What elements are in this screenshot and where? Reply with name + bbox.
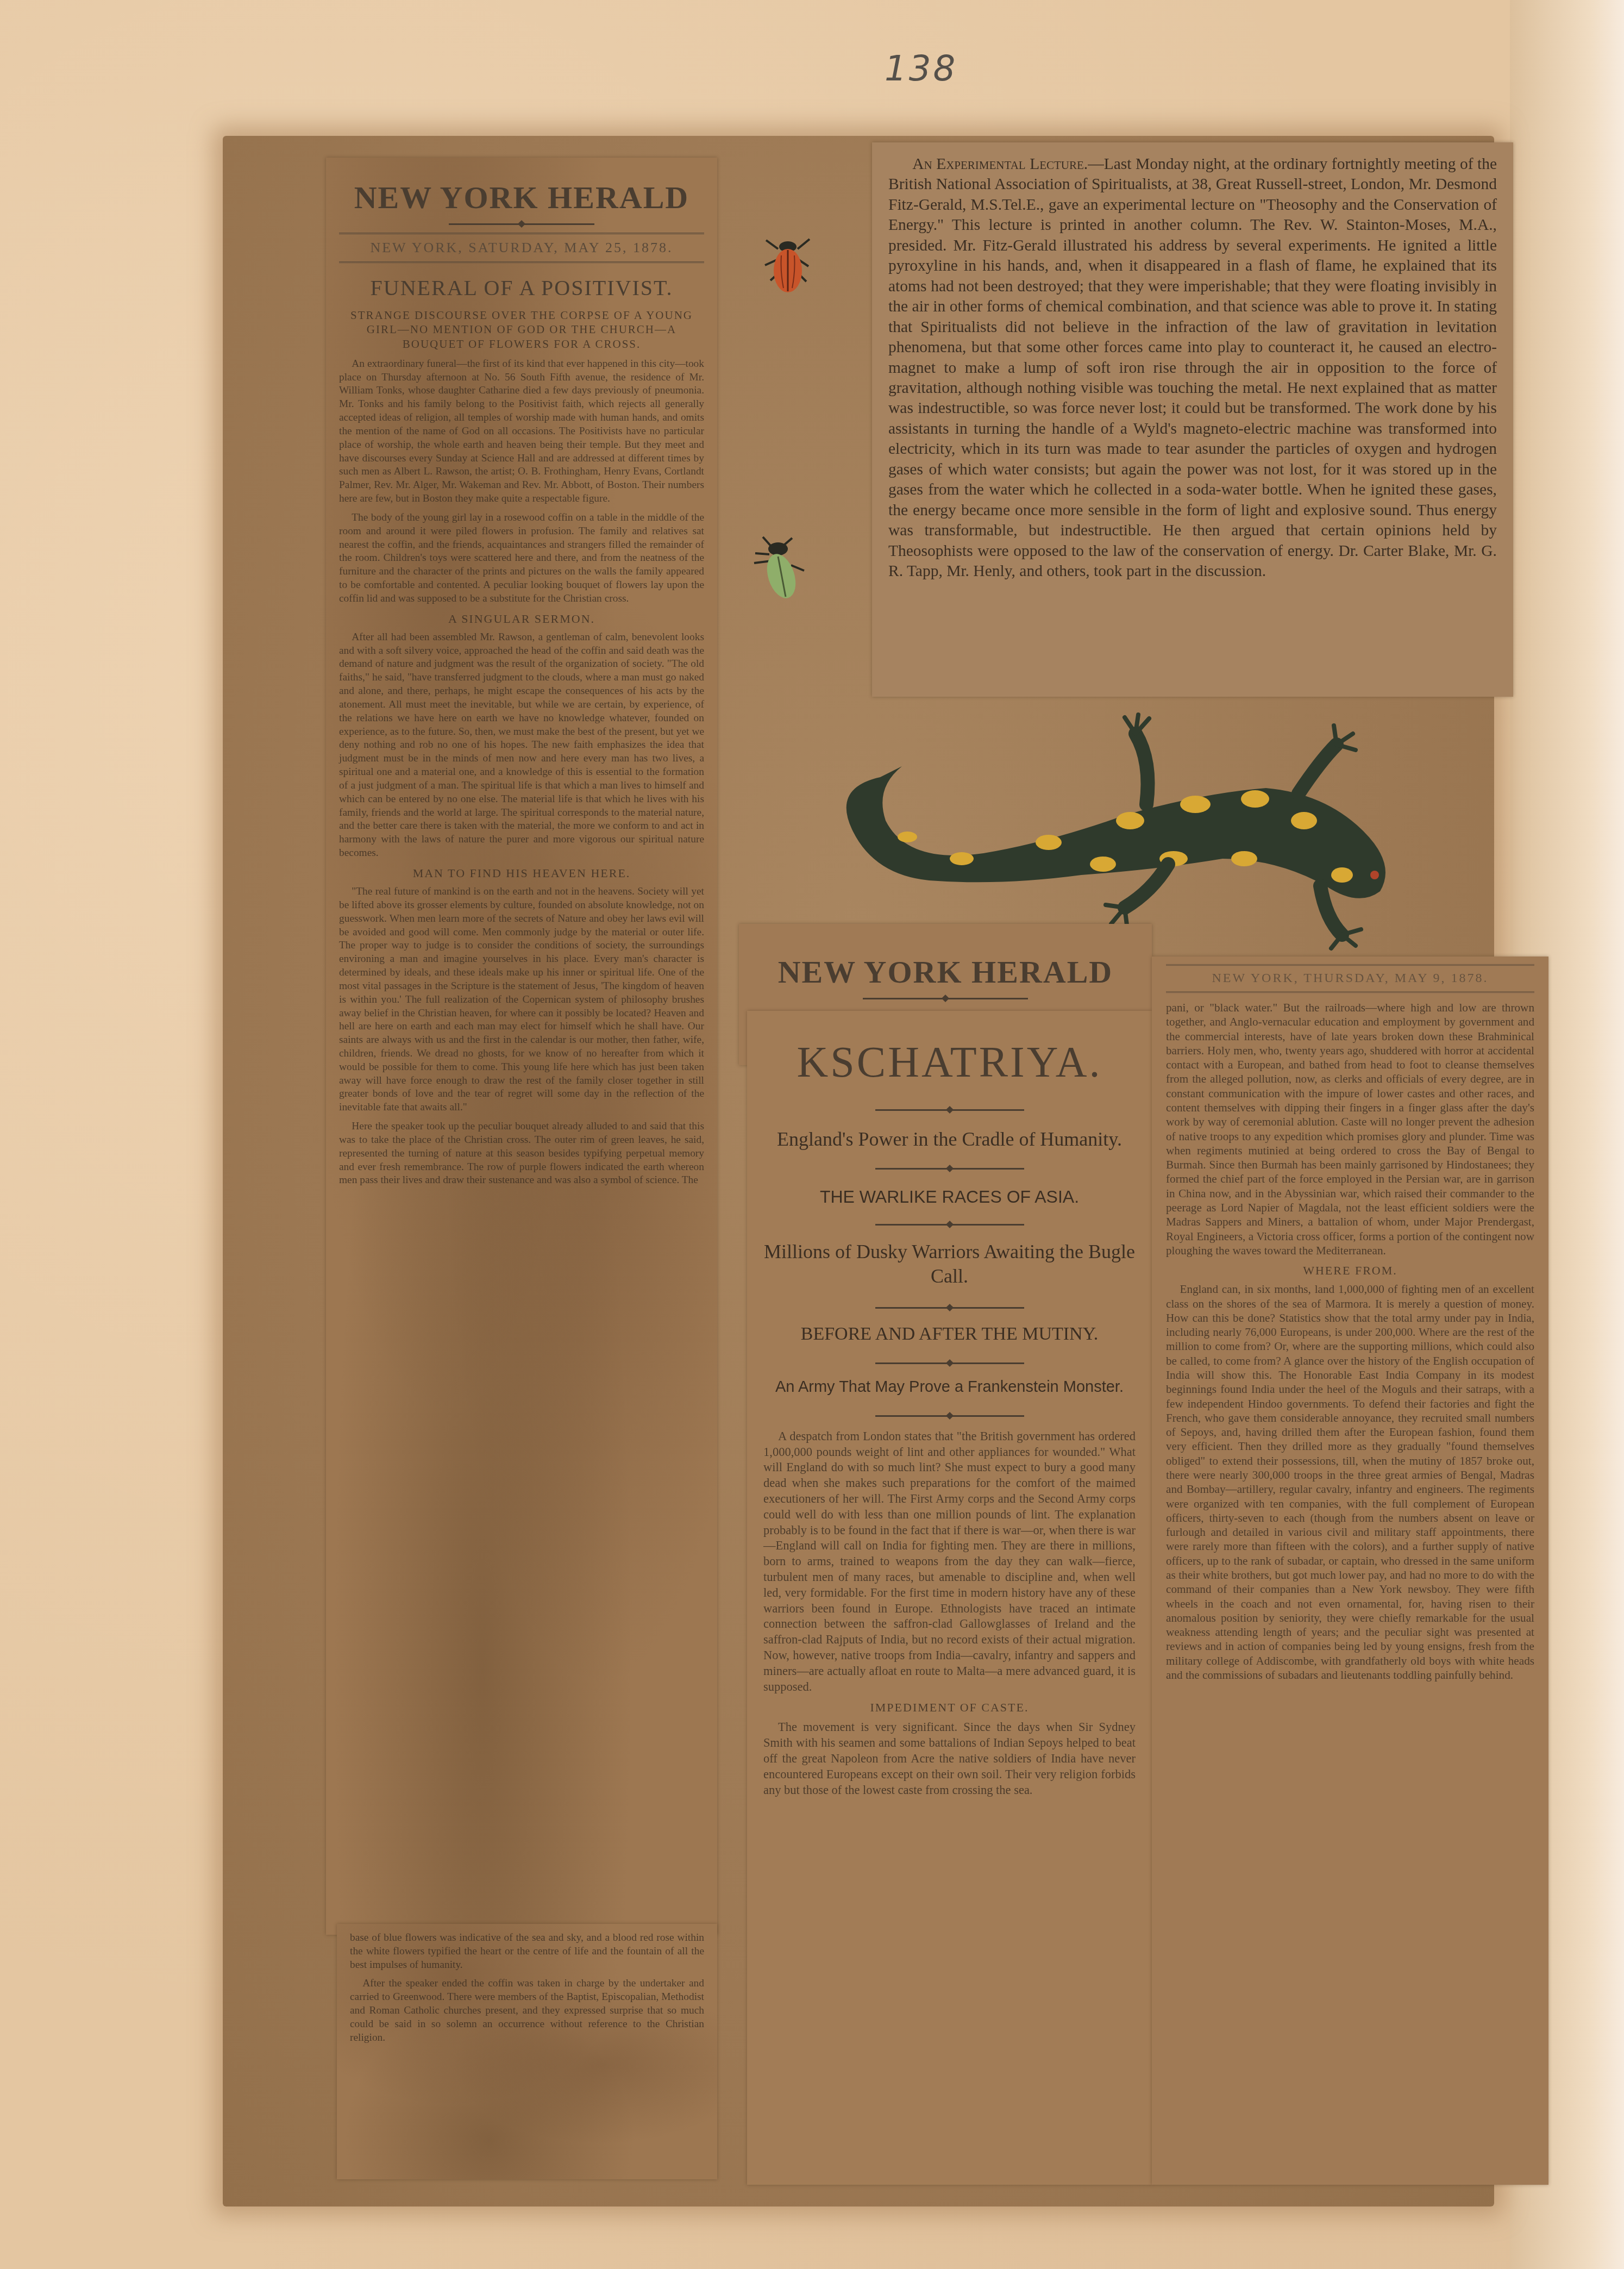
paragraph: Here the speaker took up the peculiar bo… [339, 1120, 704, 1187]
paragraph: The body of the young girl lay in a rose… [339, 511, 704, 606]
masthead: NEW YORK HERALD [339, 179, 704, 216]
paragraph: base of blue flowers was indicative of t… [350, 1932, 704, 1972]
deck: THE WARLIKE RACES OF ASIA. [763, 1186, 1136, 1208]
subhead: A SINGULAR SERMON. [339, 611, 704, 627]
paragraph: After the speaker ended the coffin was t… [350, 1977, 704, 2045]
ornamental-rule [875, 1362, 1024, 1364]
article-body: A despatch from London states that "the … [763, 1429, 1136, 1798]
deck: England's Power in the Cradle of Humanit… [763, 1127, 1136, 1152]
subhead: MAN TO FIND HIS HEAVEN HERE. [339, 866, 704, 881]
ornamental-rule [863, 998, 1028, 999]
article-body: An Experimental Lecture.—Last Monday nig… [888, 154, 1497, 582]
ornamental-rule [875, 1224, 1024, 1226]
headline: FUNERAL OF A POSITIVIST. [339, 275, 704, 301]
ornamental-rule [449, 223, 595, 225]
clipping-lecture: An Experimental Lecture.—Last Monday nig… [872, 142, 1513, 697]
paragraph: After all had been assembled Mr. Rawson,… [339, 631, 704, 860]
article-body: base of blue flowers was indicative of t… [350, 1932, 704, 2045]
dateline: NEW YORK, THURSDAY, MAY 9, 1878. [1166, 964, 1534, 993]
dateline: NEW YORK, SATURDAY, MAY 25, 1878. [339, 233, 704, 263]
ornamental-rule [875, 1109, 1024, 1111]
paragraph: An extraordinary funeral—the first of it… [339, 358, 704, 506]
lecture-text: —Last Monday night, at the ordinary fort… [888, 155, 1497, 580]
paragraph: The movement is very significant. Since … [763, 1720, 1136, 1798]
deck: STRANGE DISCOURSE OVER THE CORPSE OF A Y… [343, 308, 700, 351]
salamander-icon [820, 712, 1418, 951]
green-beetle-icon [750, 533, 810, 603]
paragraph: pani, or "black water." But the railroad… [1166, 1001, 1534, 1258]
deck: BEFORE AND AFTER THE MUTINY. [763, 1323, 1136, 1346]
ornamental-rule [875, 1307, 1024, 1309]
ornamental-rule [875, 1168, 1024, 1170]
clipping-funeral: NEW YORK HERALD NEW YORK, SATURDAY, MAY … [326, 158, 717, 1935]
subhead: IMPEDIMENT OF CASTE. [763, 1700, 1136, 1715]
subhead: WHERE FROM. [1166, 1263, 1534, 1278]
masthead: NEW YORK HERALD [739, 954, 1152, 990]
article-body: An extraordinary funeral—the first of it… [339, 358, 704, 1188]
lead-in: An Experimental Lecture. [912, 155, 1088, 173]
paragraph: "The real future of mankind is on the ea… [339, 885, 704, 1115]
deck: Millions of Dusky Warriors Awaiting the … [763, 1240, 1136, 1289]
headline: KSCHATRIYA. [763, 1038, 1136, 1087]
red-beetle-icon [761, 234, 815, 299]
paragraph: A despatch from London states that "the … [763, 1429, 1136, 1695]
ornamental-rule [875, 1415, 1024, 1417]
paragraph: England can, in six months, land 1,000,0… [1166, 1282, 1534, 1682]
clipping-funeral-continuation: base of blue flowers was indicative of t… [337, 1924, 717, 2179]
clipping-kschatriya-body: KSCHATRIYA. England's Power in the Cradl… [747, 1011, 1152, 2185]
page-number: 138 [885, 49, 957, 89]
article-body: pani, or "black water." But the railroad… [1166, 1001, 1534, 1682]
clipping-thursday: NEW YORK, THURSDAY, MAY 9, 1878. pani, o… [1152, 957, 1548, 2185]
deck: An Army That May Prove a Frankenstein Mo… [763, 1377, 1136, 1397]
